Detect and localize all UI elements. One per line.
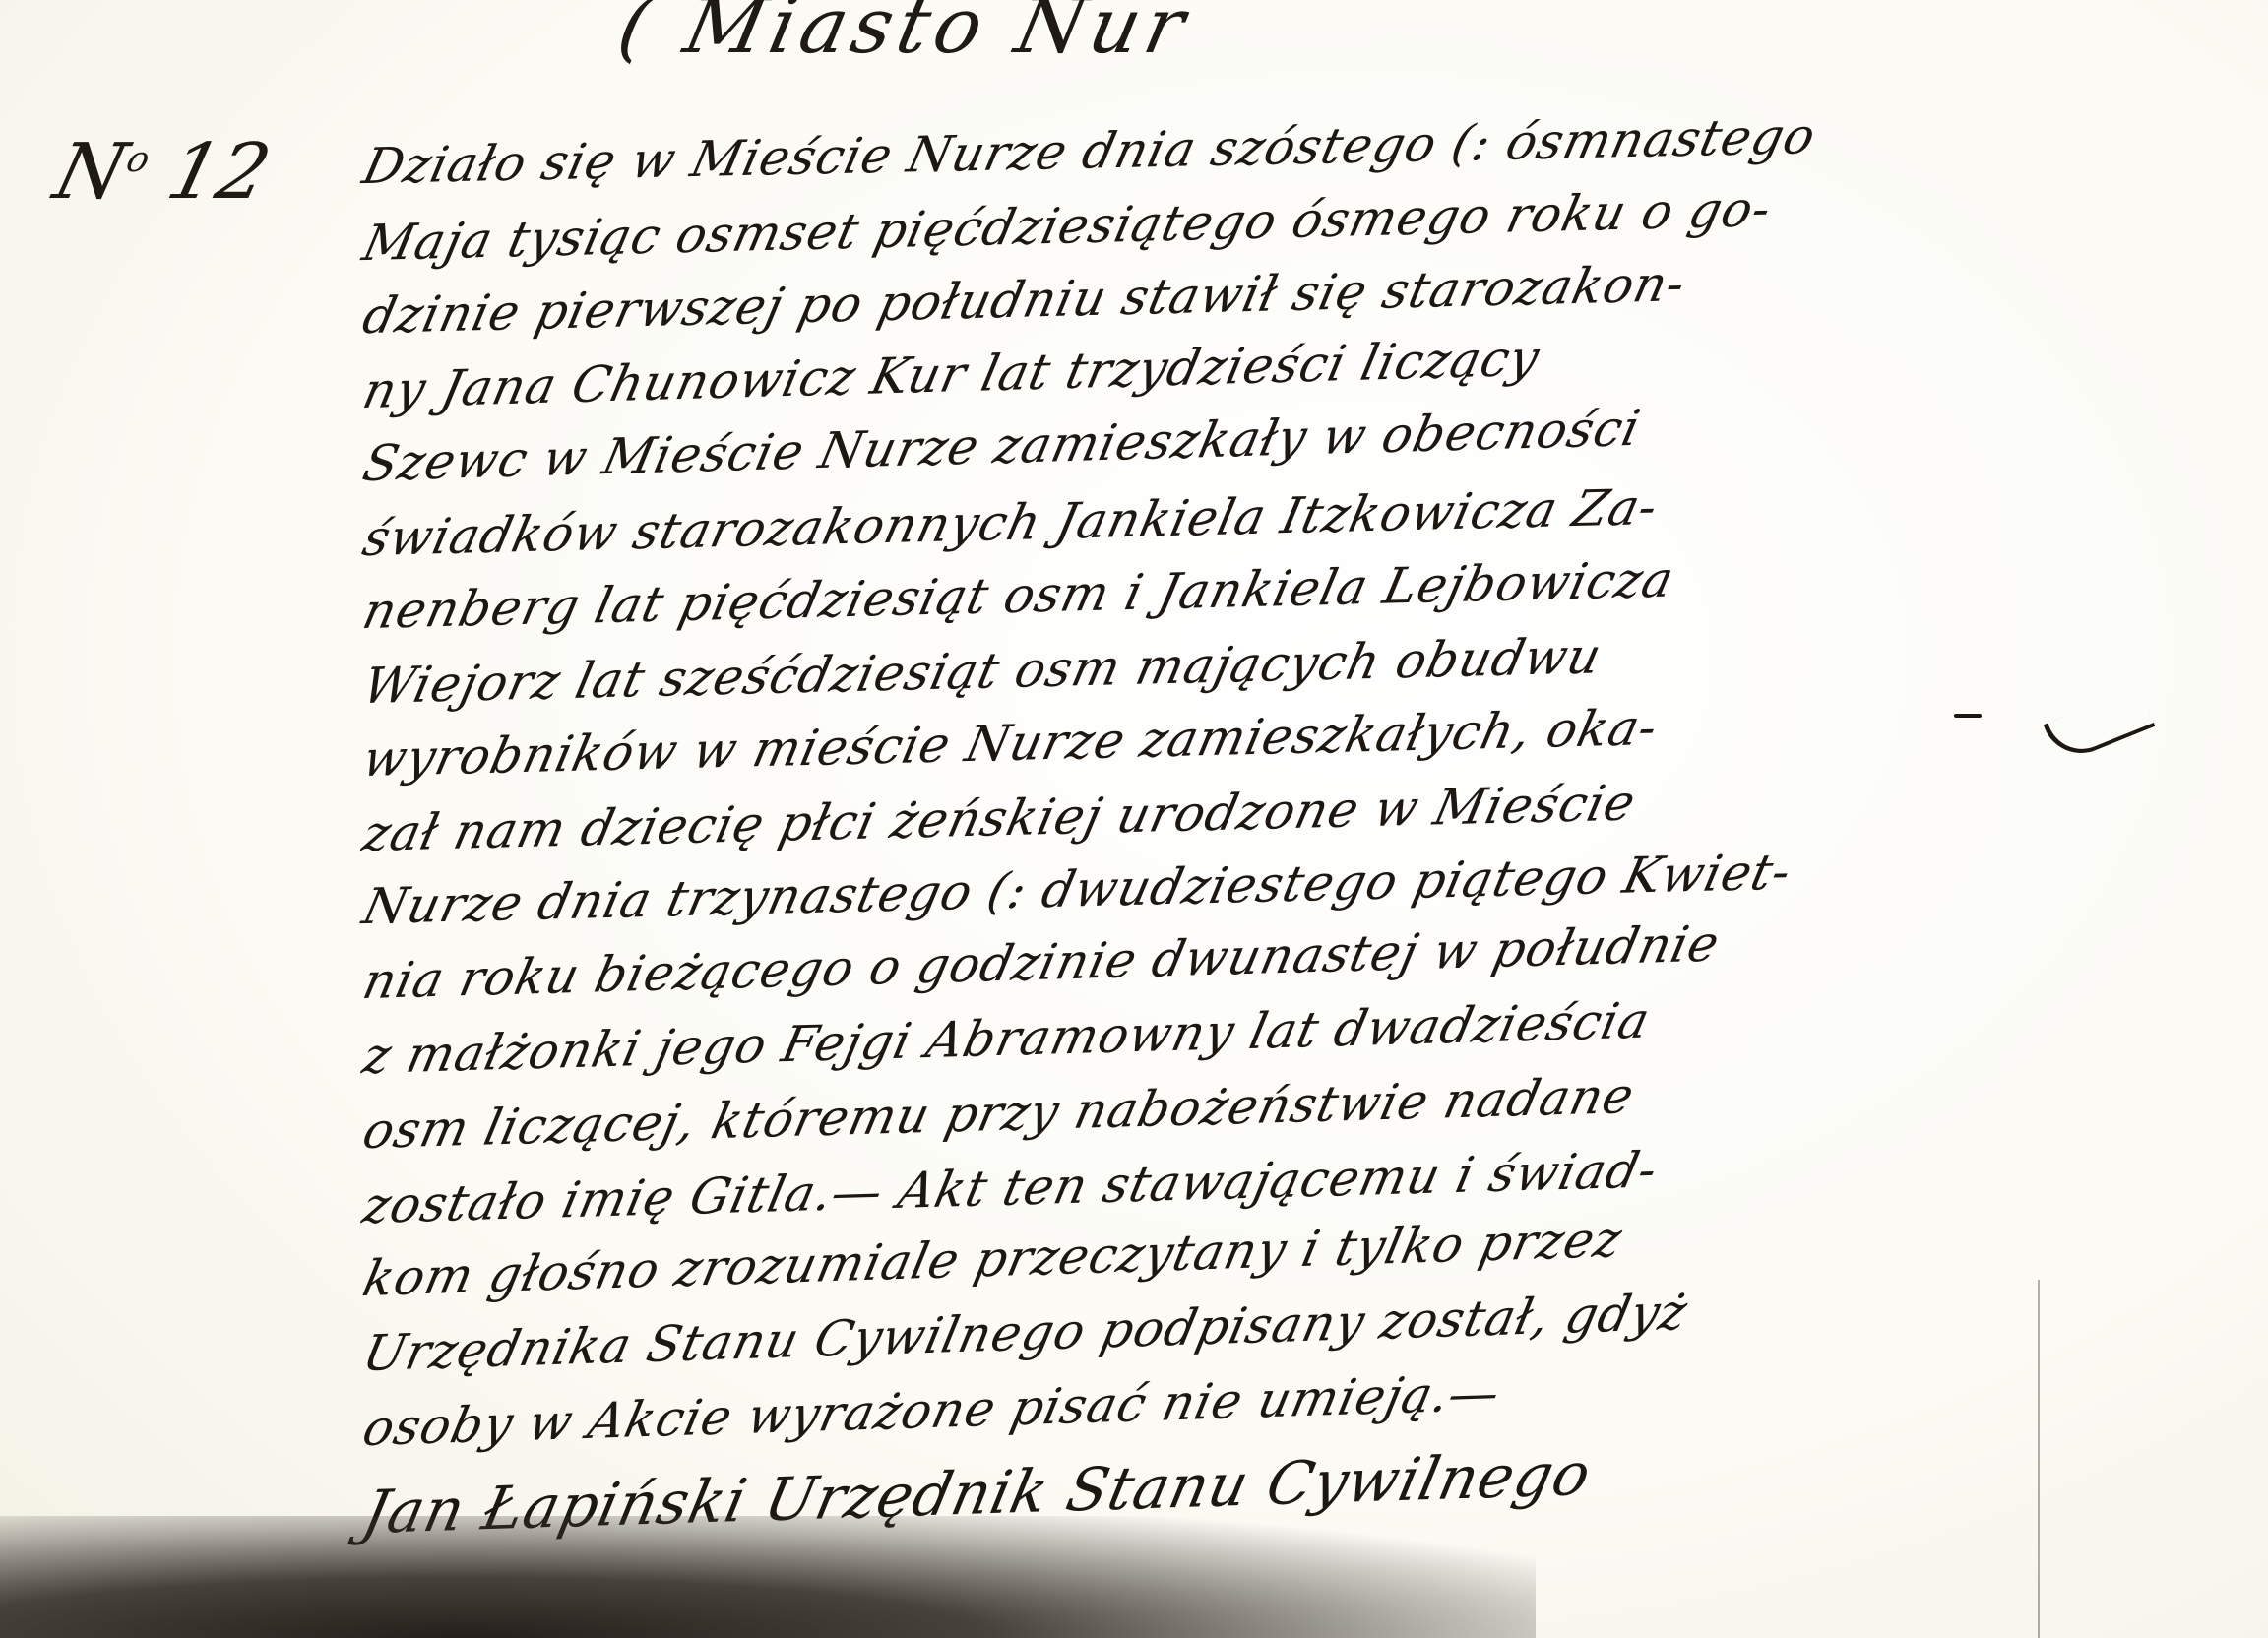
scan-edge-line bbox=[2038, 1280, 2040, 1638]
record-line-10: zał nam dziecię płci żeńskiej urodzone w… bbox=[357, 774, 1641, 862]
margin-dash bbox=[1954, 714, 1982, 718]
record-line-14: osm liczącej, któremu przy nabożeństwie … bbox=[358, 1067, 1640, 1160]
entry-number: No 12 bbox=[46, 128, 279, 217]
header-fragment: ( Miasto Nur bbox=[610, 0, 1198, 71]
entry-number-value: 12 bbox=[159, 128, 280, 217]
record-line-18: osoby w Akcie wyrażone pisać nie umieją.… bbox=[358, 1364, 1506, 1458]
record-line-8: Wiejorz lat sześćdziesiąt osm mających o… bbox=[357, 627, 1606, 715]
record-line-6: świadków starozakonnych Jankiela Itzkowi… bbox=[357, 478, 1663, 567]
record-line-4: ny Jana Chunowicz Kur lat trzydzieści li… bbox=[358, 329, 1545, 419]
scanned-document-page: ( Miasto Nur No 12 Działo się w Mieście … bbox=[0, 0, 2268, 1638]
right-margin-mark bbox=[2044, 686, 2156, 765]
entry-number-prefix: N bbox=[46, 128, 136, 217]
record-line-7: nenberg lat pięćdziesiąt osm i Jankiela … bbox=[357, 550, 1679, 640]
record-line-9: wyrobników w mieście Nurze zamieszkałych… bbox=[357, 699, 1663, 787]
record-line-1: Działo się w Mieście Nurze dnia szóstego… bbox=[357, 107, 1821, 195]
scan-shadow bbox=[0, 1516, 1536, 1638]
